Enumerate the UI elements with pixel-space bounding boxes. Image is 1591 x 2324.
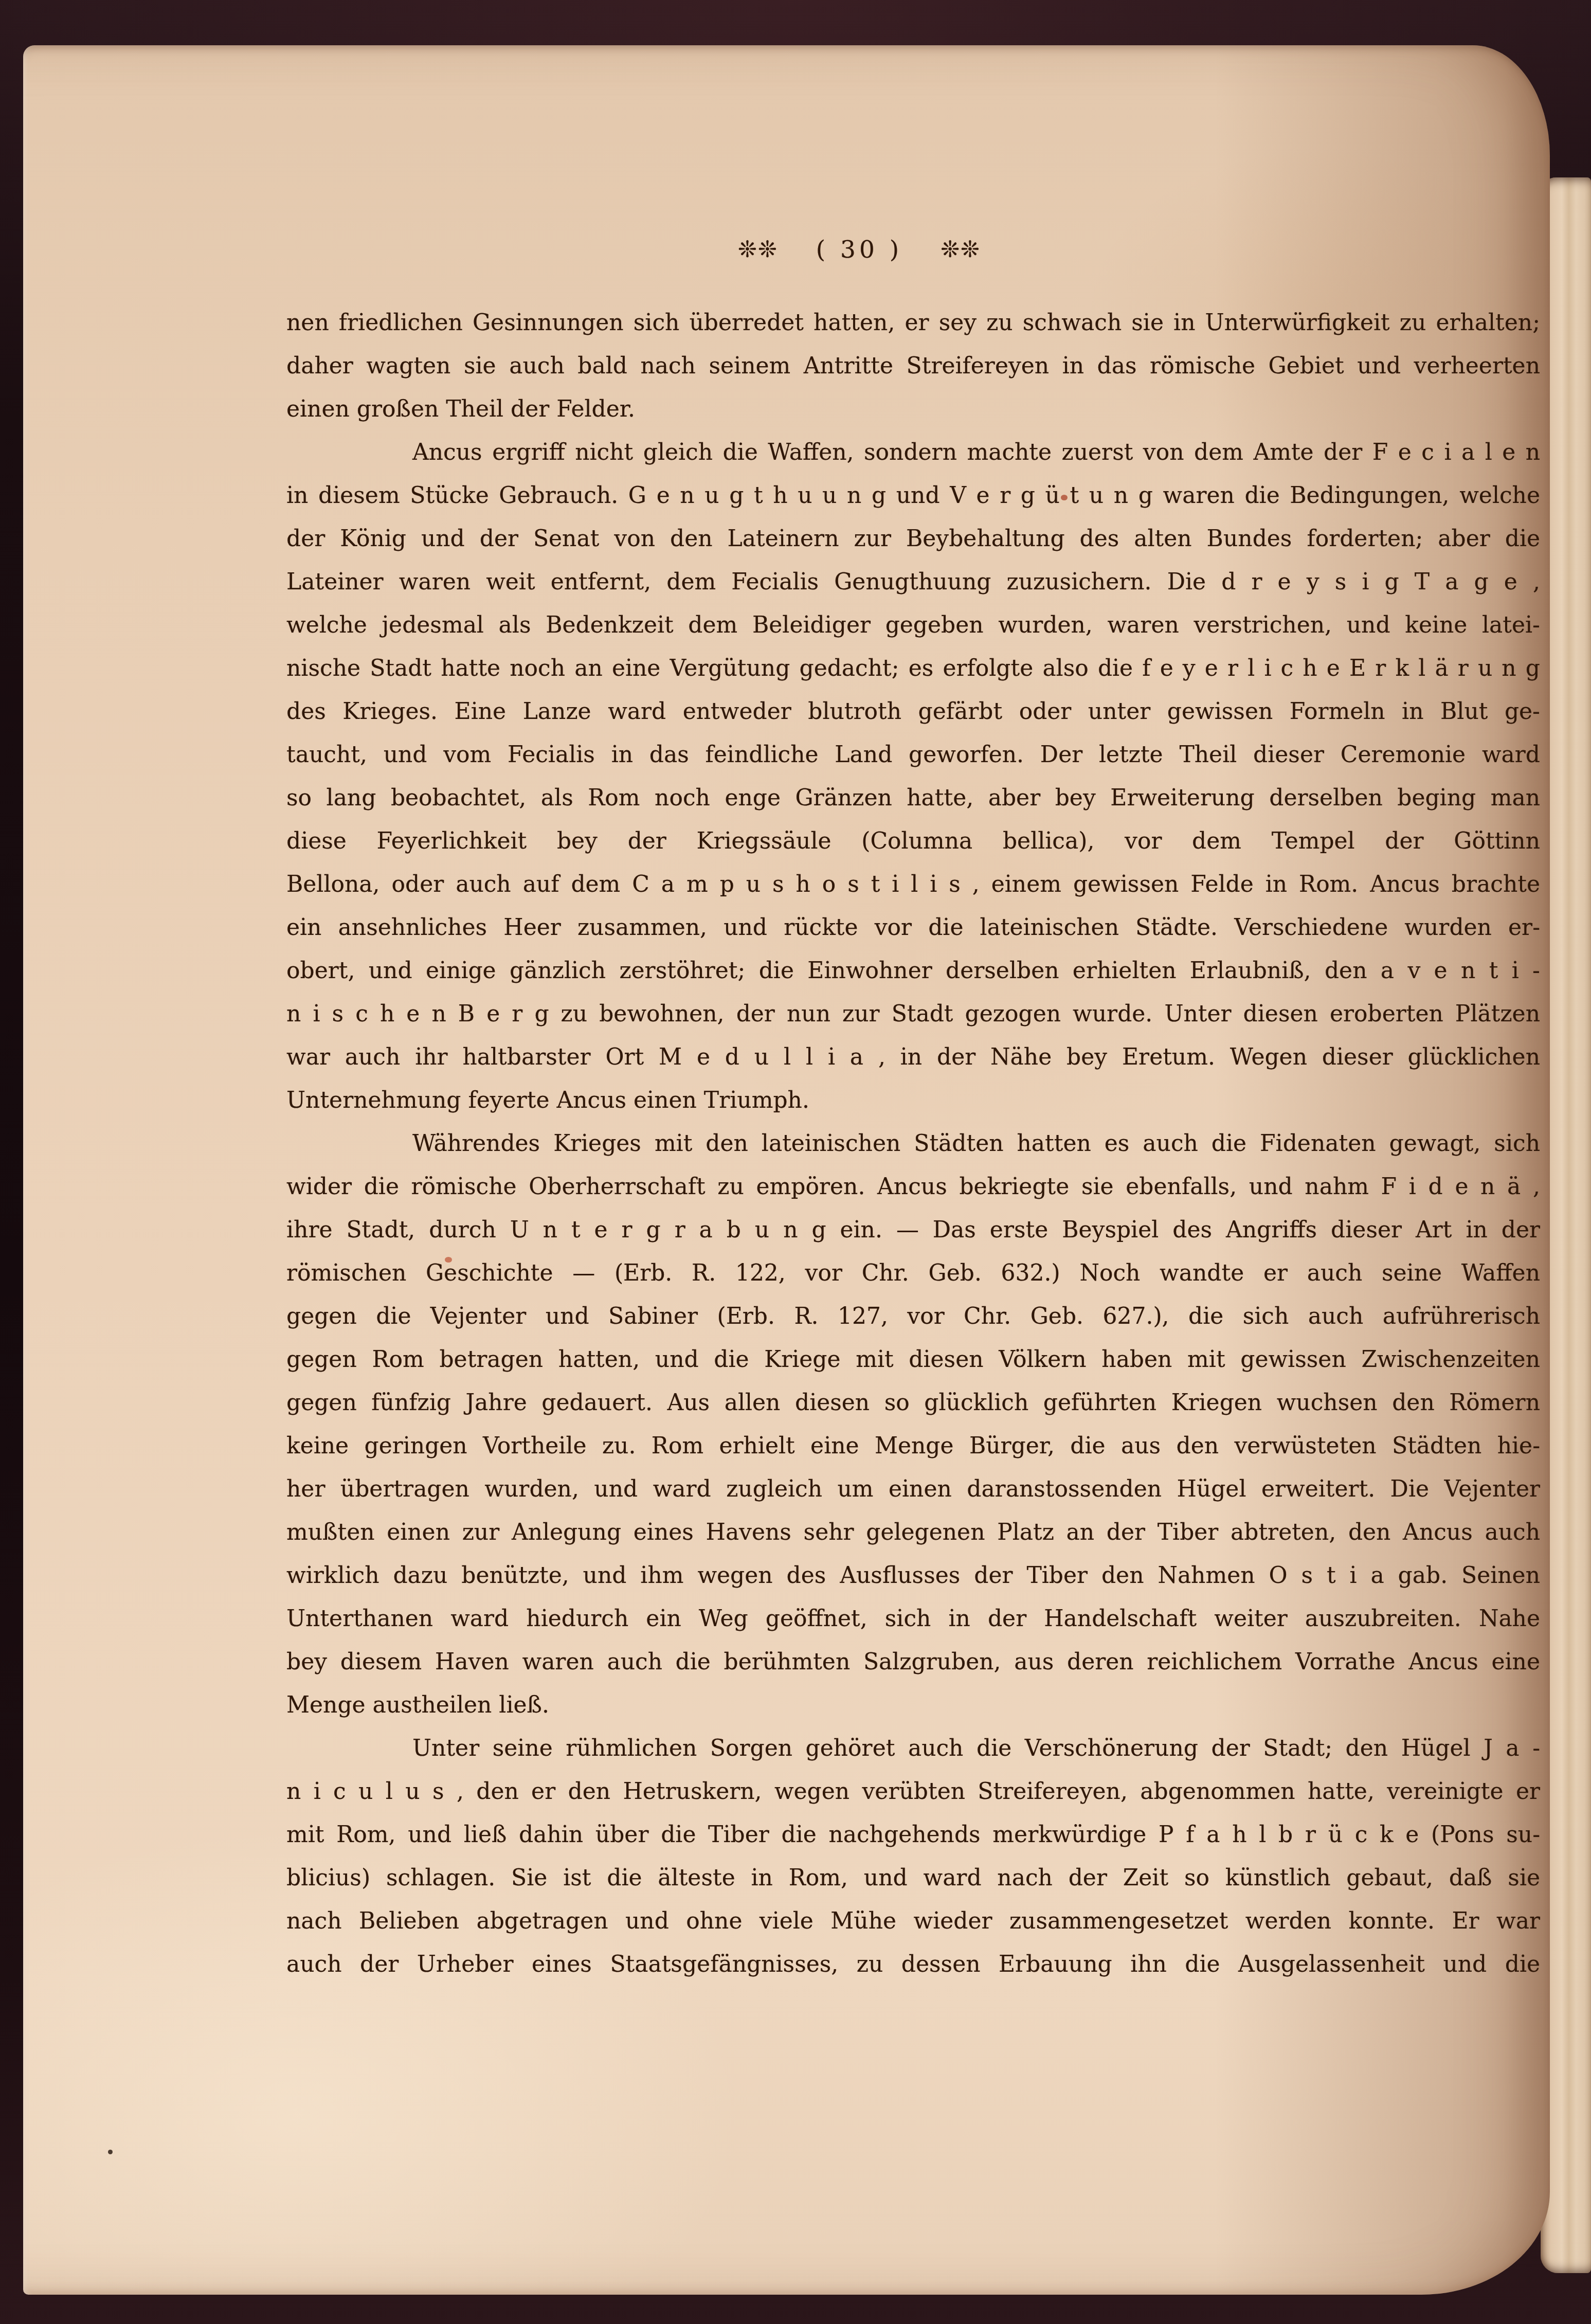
- text-line: n i c u l u s , den er den Hetruskern, w…: [286, 1770, 1540, 1813]
- text-line: diese Feyerlichkeit bey der Kriegssäule …: [286, 820, 1540, 863]
- text-line: Unterthanen ward hiedurch ein Weg geöffn…: [286, 1597, 1540, 1641]
- text-line: daher wagten sie auch bald nach seinem A…: [286, 345, 1540, 388]
- text-line: Lateiner waren weit entfernt, dem Fecial…: [286, 561, 1540, 604]
- text-line: n i s c h e n B e r g zu bewohnen, der n…: [286, 993, 1540, 1036]
- text-line: her übertragen wurden, und ward zugleich…: [286, 1468, 1540, 1511]
- text-line: mit Rom, und ließ dahin über die Tiber d…: [286, 1813, 1540, 1857]
- text-line: nach Belieben abgetragen und ohne viele …: [286, 1900, 1540, 1943]
- text-line: welche jedesmal als Bedenkzeit dem Belei…: [286, 604, 1540, 647]
- text-line: war auch ihr haltbarster Ort M e d u l l…: [286, 1036, 1540, 1079]
- foxing-spot: [108, 2150, 113, 2154]
- floral-ornament-right-icon: ❊❊: [941, 237, 981, 263]
- book-page: ❊❊ ( 30 ) ❊❊ nen friedlichen Gesinnungen…: [23, 45, 1550, 2295]
- text-line: nische Stadt hatte noch an eine Vergütun…: [286, 647, 1540, 690]
- text-line: wirklich dazu benützte, und ihm wegen de…: [286, 1554, 1540, 1597]
- text-line: auch der Urheber eines Staatsgefängnisse…: [286, 1943, 1540, 1986]
- foxing-spot: [1061, 495, 1068, 500]
- text-line: mußten einen zur Anlegung eines Havens s…: [286, 1511, 1540, 1554]
- text-line: taucht, und vom Fecialis in das feindlic…: [286, 733, 1540, 777]
- text-line: römischen Geschichte — (Erb. R. 122, vor…: [286, 1252, 1540, 1295]
- text-line: einen großen Theil der Felder.: [286, 388, 1540, 431]
- text-line: gegen fünfzig Jahre gedauert. Aus allen …: [286, 1381, 1540, 1425]
- text-line: wider die römische Oberherrschaft zu emp…: [286, 1165, 1540, 1209]
- text-line: ihre Stadt, durch U n t e r g r a b u n …: [286, 1209, 1540, 1252]
- text-line: der König und der Senat von den Lateiner…: [286, 517, 1540, 561]
- text-line: bey diesem Haven waren auch die berühmte…: [286, 1641, 1540, 1684]
- text-line: keine geringen Vortheile zu. Rom erhielt…: [286, 1425, 1540, 1468]
- scan-background: { "colors": { "background": "#1a0d10", "…: [0, 0, 1591, 2324]
- text-block: nen friedlichen Gesinnungen sich überred…: [286, 301, 1540, 1986]
- text-line: obert, und einige gänzlich zerstöhret; d…: [286, 949, 1540, 993]
- text-line: in diesem Stücke Gebrauch. G e n u g t h…: [286, 474, 1540, 517]
- text-line: gegen Rom betragen hatten, und die Krieg…: [286, 1338, 1540, 1381]
- text-line: ein ansehnliches Heer zusammen, und rück…: [286, 906, 1540, 949]
- text-line: Unternehmung feyerte Ancus einen Triumph…: [286, 1079, 1540, 1122]
- page-header: ❊❊ ( 30 ) ❊❊: [232, 236, 1486, 264]
- text-line: Bellona, oder auch auf dem C a m p u s h…: [286, 863, 1540, 906]
- text-line: Währendes Krieges mit den lateinischen S…: [286, 1122, 1540, 1165]
- text-line: nen friedlichen Gesinnungen sich überred…: [286, 301, 1540, 345]
- text-line: so lang beobachtet, als Rom noch enge Gr…: [286, 777, 1540, 820]
- text-line: Ancus ergriff nicht gleich die Waffen, s…: [286, 431, 1540, 474]
- foxing-spot: [445, 1257, 452, 1263]
- floral-ornament-left-icon: ❊❊: [738, 237, 778, 263]
- text-line: gegen die Vejenter und Sabiner (Erb. R. …: [286, 1295, 1540, 1338]
- text-line: des Krieges. Eine Lanze ward entweder bl…: [286, 690, 1540, 733]
- text-line: blicius) schlagen. Sie ist die älteste i…: [286, 1857, 1540, 1900]
- text-line: Unter seine rühmlichen Sorgen gehöret au…: [286, 1727, 1540, 1770]
- page-number: ( 30 ): [816, 236, 902, 264]
- text-line: Menge austheilen ließ.: [286, 1684, 1540, 1727]
